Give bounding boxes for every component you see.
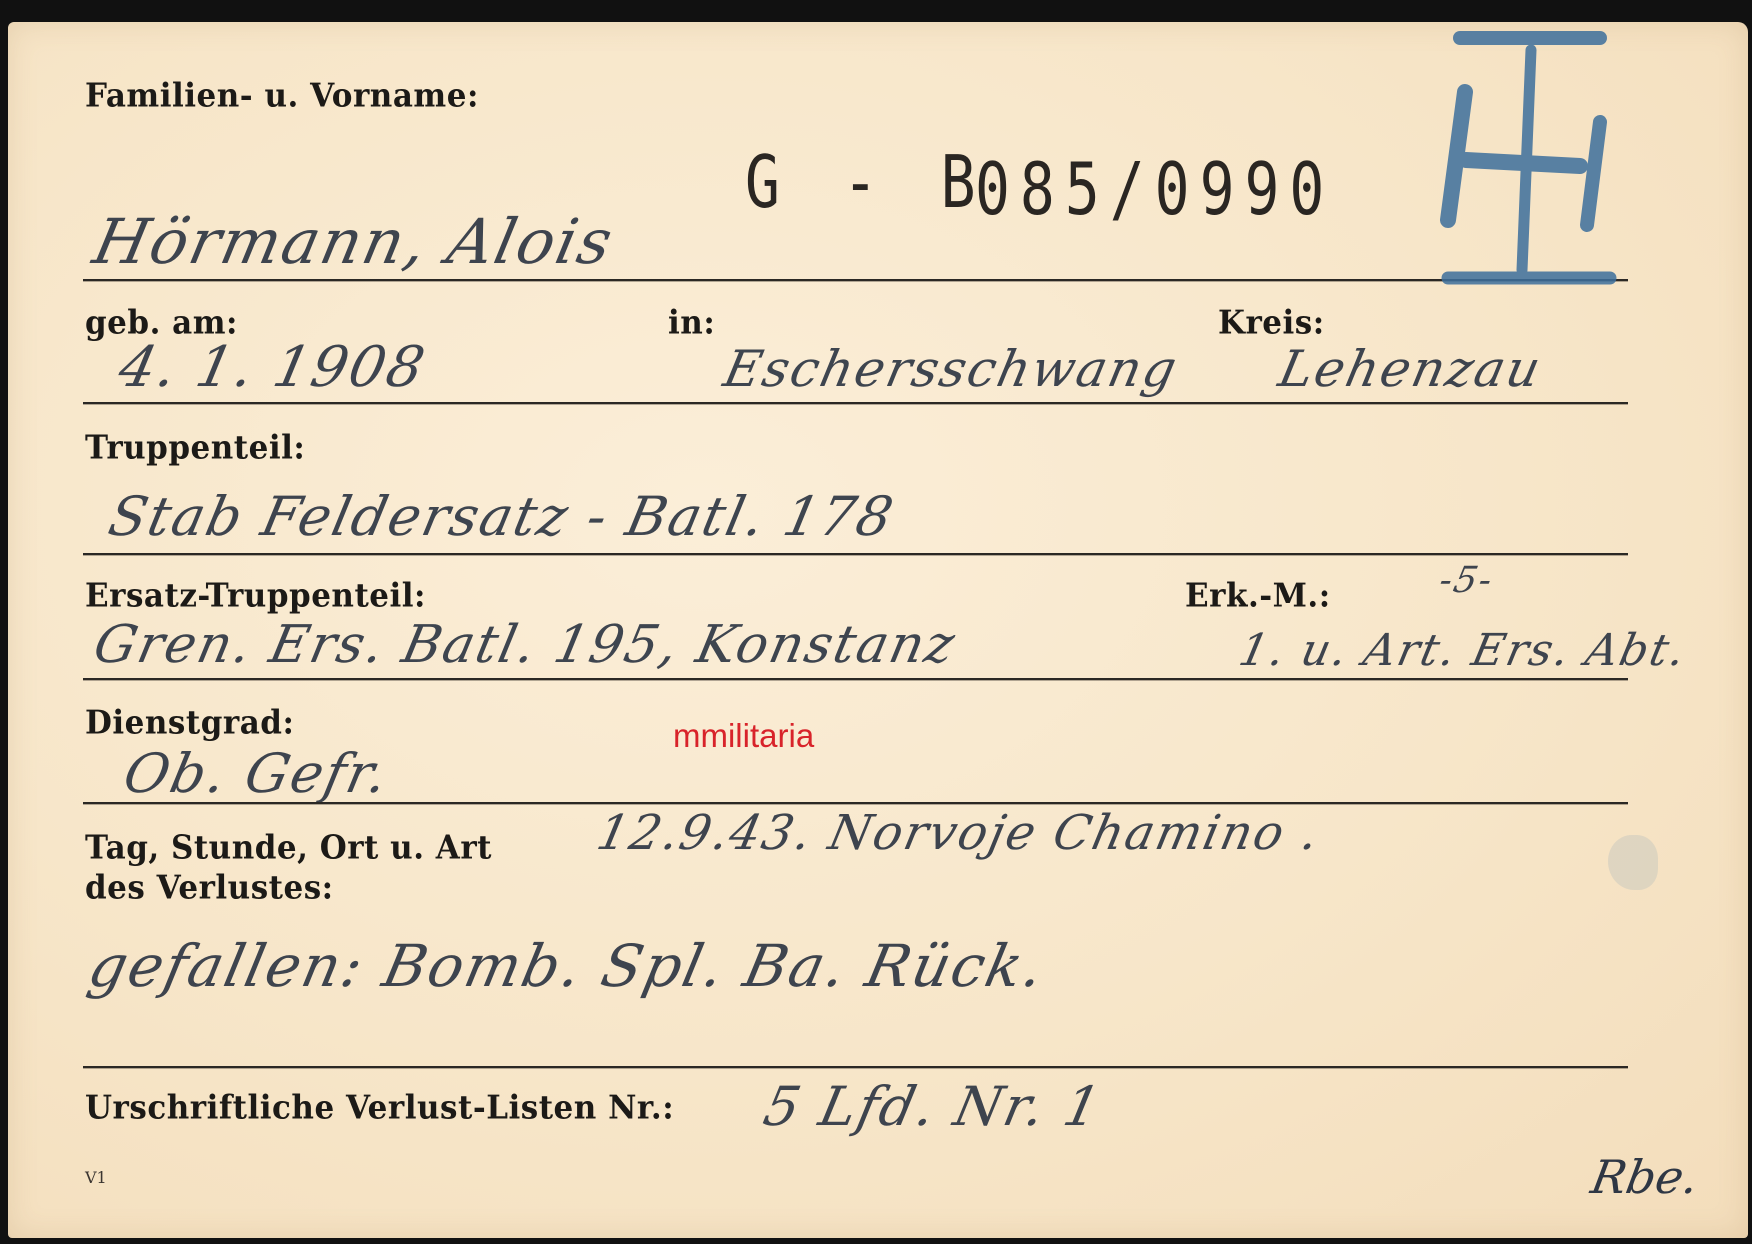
loss-details-line [83, 1066, 1628, 1068]
recognition-mark-label: Erk.-M.: [1185, 577, 1331, 615]
stamp-number: 085/0990 [975, 147, 1334, 232]
replacement-unit-value: Gren. Ers. Batl. 195, Konstanz [89, 615, 962, 675]
rank-label: Dienstgrad: [85, 704, 294, 742]
birth-date-value: 4. 1. 1908 [113, 335, 432, 400]
unit-line [83, 553, 1628, 555]
replacement-unit-line [83, 678, 1628, 680]
loss-details-value-line2: gefallen: Bomb. Spl. Ba. Rück. [83, 932, 1052, 1000]
replacement-unit-value-continued: 1. u. Art. Ers. Abt. [1235, 625, 1692, 676]
birth-place-label: in: [668, 304, 715, 342]
cross-mark-icon [1430, 20, 1660, 290]
loss-details-label-line2: des Verlustes: [85, 869, 334, 907]
name-label: Familien- u. Vorname: [85, 77, 479, 115]
rank-line [83, 802, 1628, 804]
district-value: Lehenzau [1274, 340, 1547, 398]
birth-place-value: Eschersschwang [719, 340, 1184, 398]
birth-line [83, 402, 1628, 404]
unit-label: Truppenteil: [85, 429, 305, 467]
recognition-mark-value: -5- [1436, 560, 1498, 601]
loss-list-value: 5 Lfd. Nr. 1 [758, 1075, 1107, 1138]
name-line [83, 279, 1628, 281]
loss-details-label-line1: Tag, Stunde, Ort u. Art [85, 829, 492, 867]
loss-details-value-line1: 12.9.43. Norvoje Chamino . [592, 805, 1325, 861]
ink-smudge [1608, 835, 1658, 890]
stamp-prefix: G - B [745, 140, 990, 225]
loss-list-label: Urschriftliche Verlust-Listen Nr.: [85, 1089, 674, 1127]
replacement-unit-label: Ersatz-Truppenteil: [85, 577, 426, 615]
clerk-initials: Rbe. [1587, 1150, 1702, 1204]
form-code: V1 [85, 1168, 107, 1187]
unit-value: Stab Feldersatz - Batl. 178 [103, 485, 900, 548]
rank-value: Ob. Gefr. [118, 742, 395, 805]
name-value: Hörmann, Alois [87, 205, 620, 278]
district-label: Kreis: [1218, 304, 1325, 342]
watermark: mmilitaria [673, 717, 814, 755]
